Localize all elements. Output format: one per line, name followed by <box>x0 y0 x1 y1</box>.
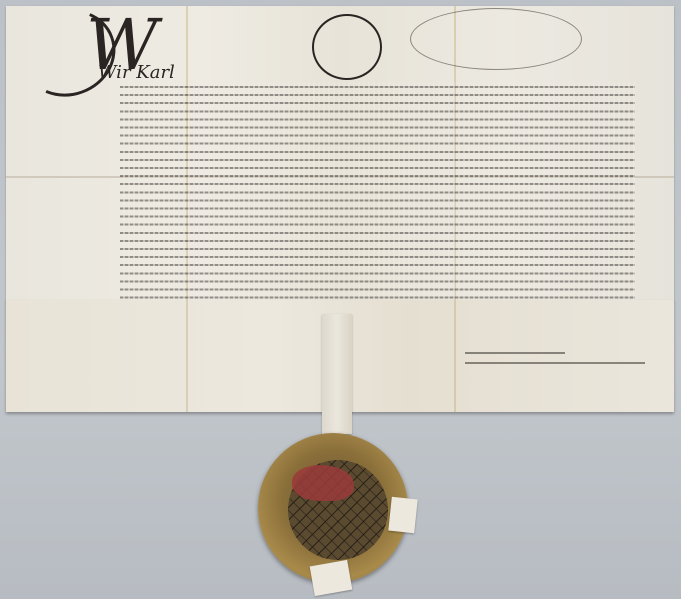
seal-tab-right <box>388 497 417 534</box>
manuscript-body-text <box>120 82 635 300</box>
seal-strap <box>322 314 352 434</box>
red-wax-remnant <box>292 465 354 501</box>
calligraphic-flourish <box>410 8 582 70</box>
calligraphic-initial-p <box>312 14 382 80</box>
chancery-signature <box>465 346 645 372</box>
opening-words: Wir Karl <box>98 62 175 83</box>
